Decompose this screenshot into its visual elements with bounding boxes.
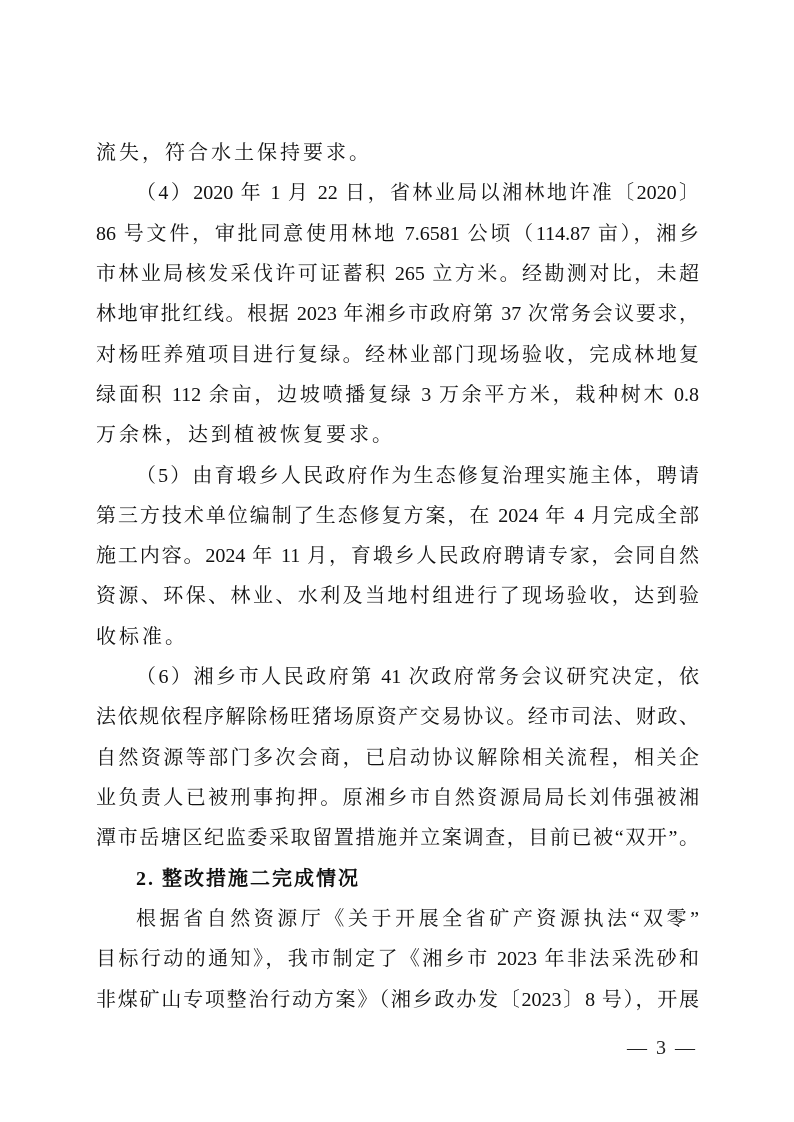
text-line: 目标行动的通知》，我市制定了《湘乡市 2023 年非法采洗砂和	[96, 939, 699, 979]
section-heading: 2. 整改措施二完成情况	[96, 859, 699, 899]
text-line: （4）2020 年 1 月 22 日，省林业局以湘林地许准〔2020〕	[96, 173, 699, 213]
text-line: 根据省自然资源厅《关于开展全省矿产资源执法“双零”	[96, 899, 699, 939]
text-line: 业负责人已被刑事拘押。原湘乡市自然资源局局长刘伟强被湘	[96, 778, 699, 818]
text-line: 万余株，达到植被恢复要求。	[96, 415, 699, 455]
text-line: 绿面积 112 余亩，边坡喷播复绿 3 万余平方米，栽种树木 0.8	[96, 375, 699, 415]
text-line: 86 号文件，审批同意使用林地 7.6581 公顷（114.87 亩），湘乡	[96, 214, 699, 254]
page-number: — 3 —	[627, 1036, 697, 1060]
text-line: 对杨旺养殖项目进行复绿。经林业部门现场验收，完成林地复	[96, 335, 699, 375]
text-line: 收标准。	[96, 617, 699, 657]
text-line: 市林业局核发采伐许可证蓄积 265 立方米。经勘测对比，未超	[96, 254, 699, 294]
text-line: 第三方技术单位编制了生态修复方案，在 2024 年 4 月完成全部	[96, 496, 699, 536]
text-line: 非煤矿山专项整治行动方案》（湘乡政办发〔2023〕8 号），开展	[96, 980, 699, 1020]
text-line: （6）湘乡市人民政府第 41 次政府常务会议研究决定，依	[96, 657, 699, 697]
text-line: 流失，符合水土保持要求。	[96, 133, 699, 173]
document-page: 流失，符合水土保持要求。 （4）2020 年 1 月 22 日，省林业局以湘林地…	[0, 0, 794, 1122]
text-line: 资源、环保、林业、水利及当地村组进行了现场验收，达到验	[96, 576, 699, 616]
text-line: 潭市岳塘区纪监委采取留置措施并立案调查，目前已被“双开”。	[96, 818, 699, 858]
text-line: （5）由育塅乡人民政府作为生态修复治理实施主体，聘请	[96, 456, 699, 496]
text-line: 法依规依程序解除杨旺猪场原资产交易协议。经市司法、财政、	[96, 697, 699, 737]
text-line: 林地审批红线。根据 2023 年湘乡市政府第 37 次常务会议要求，	[96, 294, 699, 334]
text-line: 自然资源等部门多次会商，已启动协议解除相关流程，相关企	[96, 738, 699, 778]
text-line: 施工内容。2024 年 11 月，育塅乡人民政府聘请专家，会同自然	[96, 536, 699, 576]
document-body: 流失，符合水土保持要求。 （4）2020 年 1 月 22 日，省林业局以湘林地…	[96, 133, 699, 1020]
